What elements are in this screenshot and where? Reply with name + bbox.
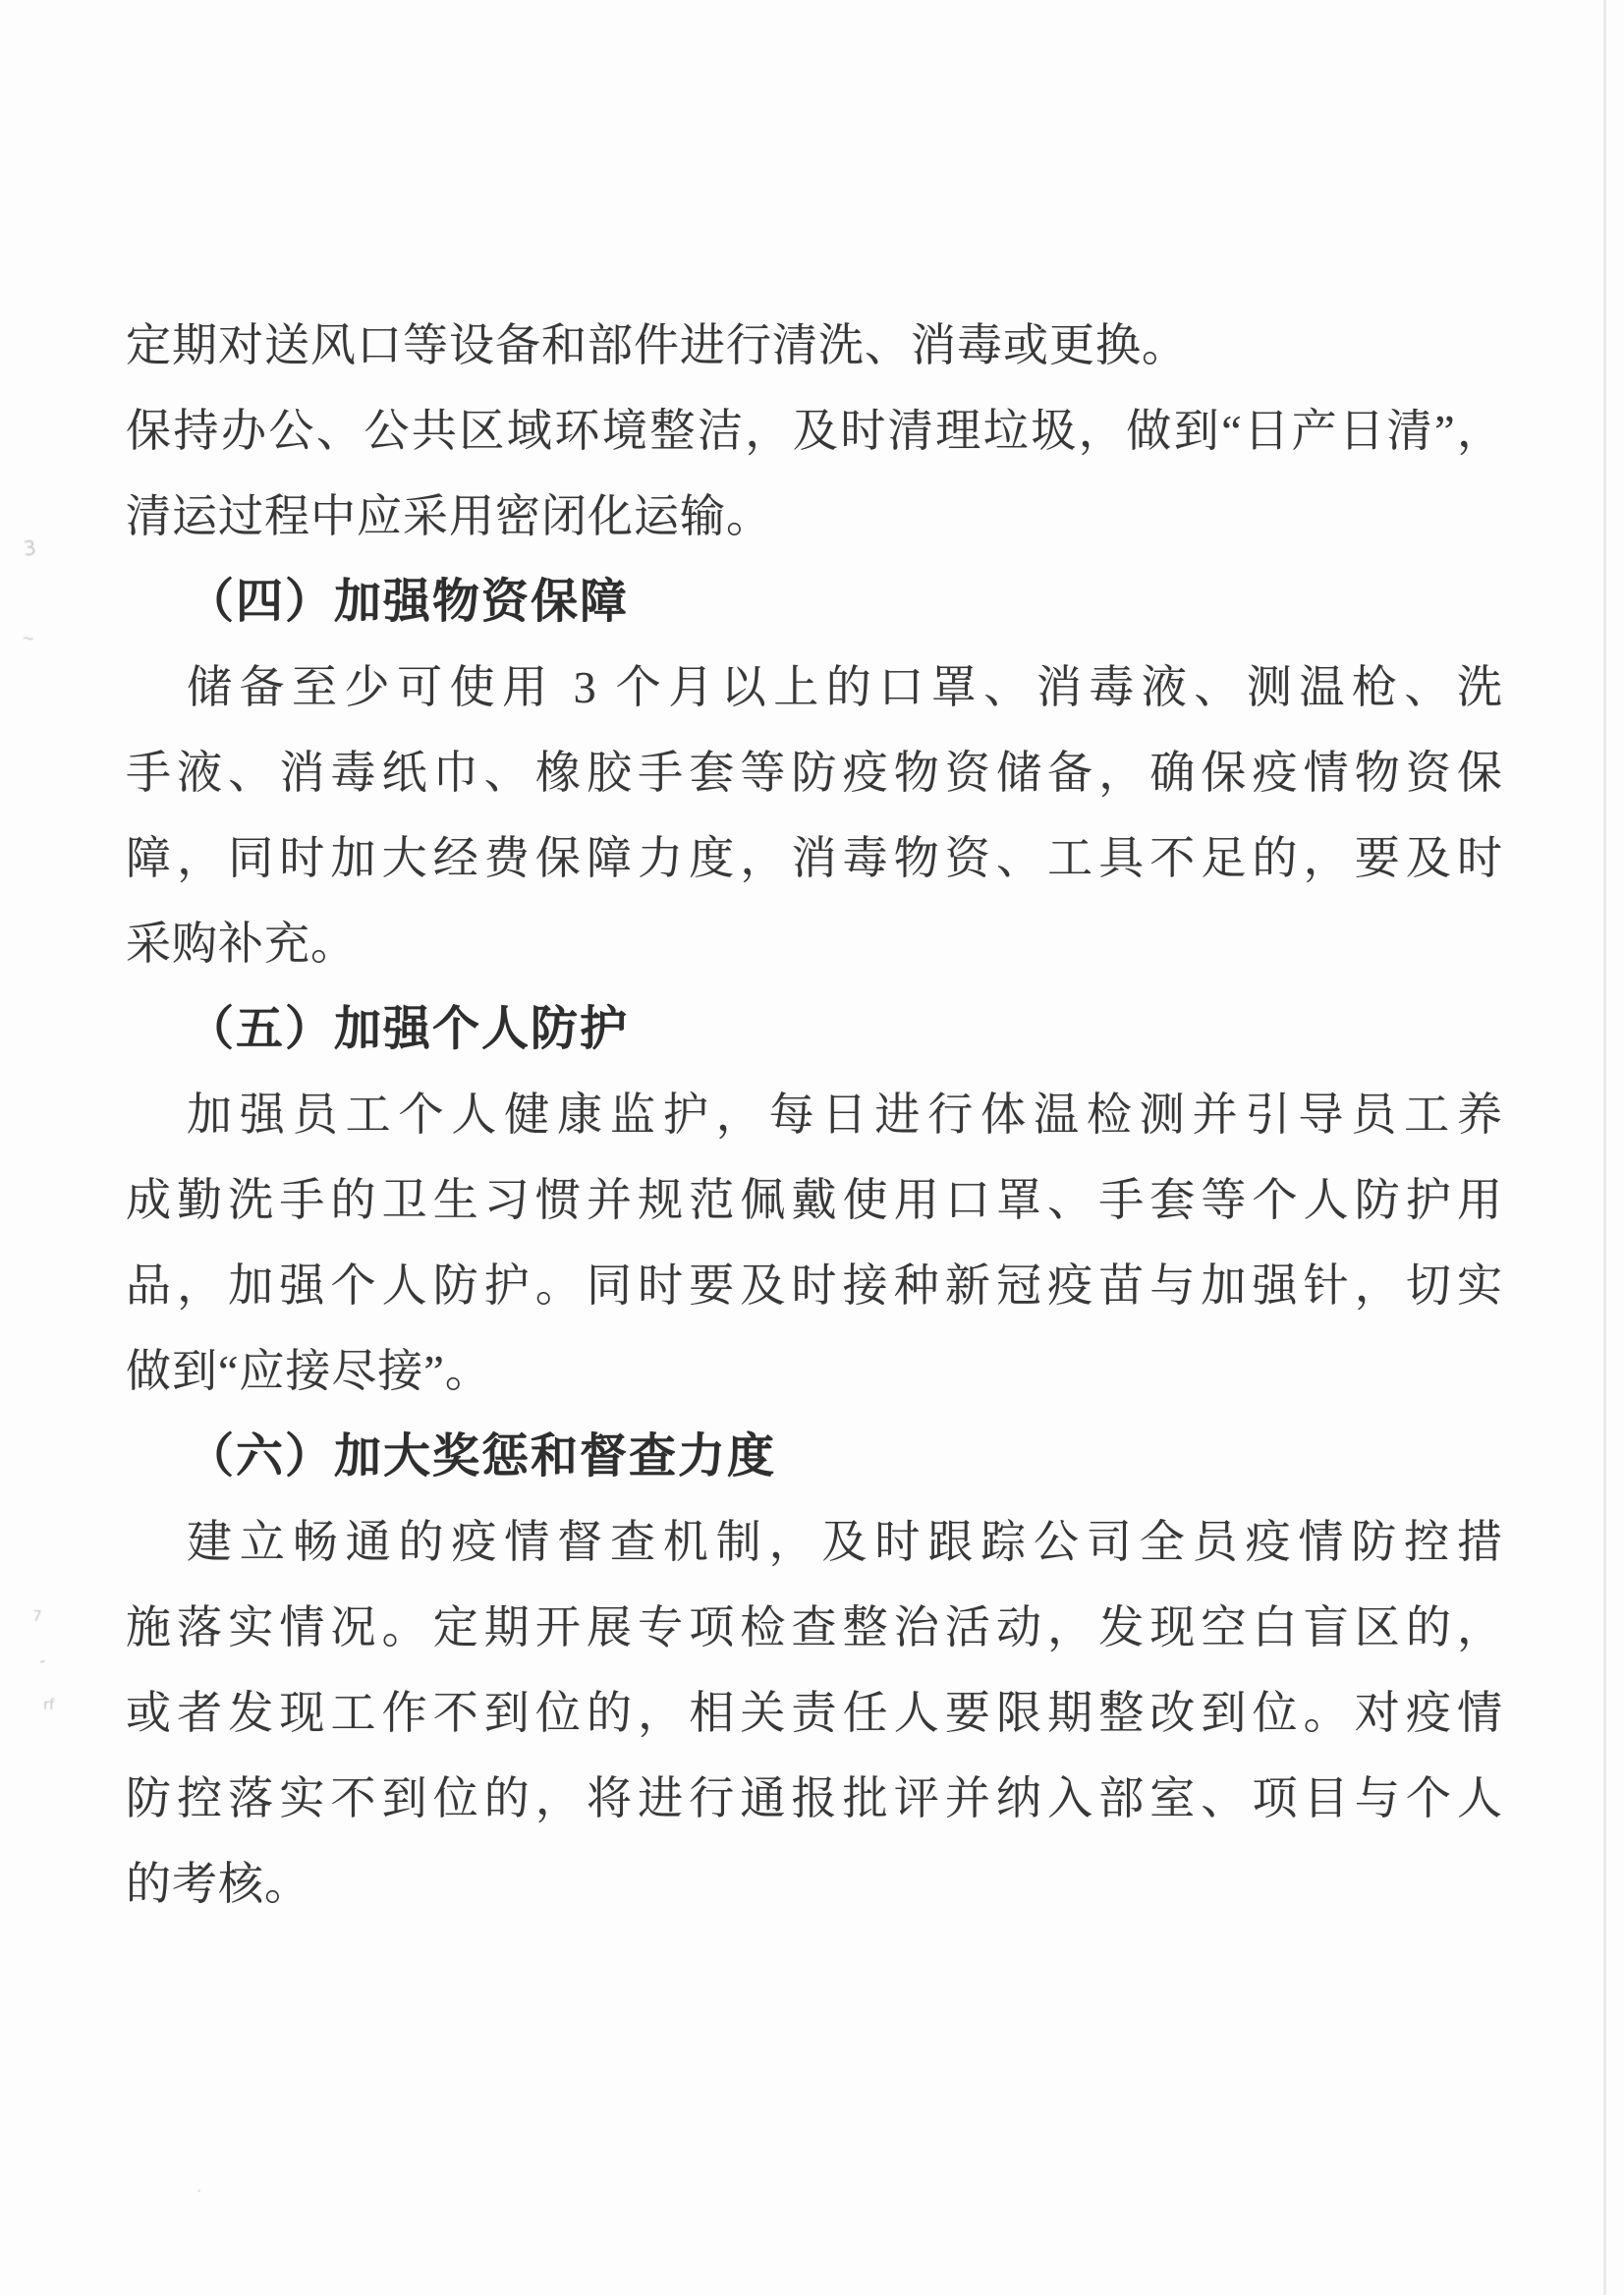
scanned-document-page: 定期对送风口等设备和部件进行清洗、消毒或更换。保持办公、公共区域环境整洁，及时清… [0, 0, 1624, 2295]
text-line: 或者发现工作不到位的，相关责任人要限期整改到位。对疫情 [126, 1670, 1503, 1756]
text-line: 施落实情况。定期开展专项检查整治活动，发现空白盲区的， [126, 1585, 1503, 1670]
text-line: 储备至少可使用 3 个月以上的口罩、消毒液、测温枪、洗 [126, 644, 1503, 730]
paragraph: 建立畅通的疫情督查机制，及时跟踪公司全员疫情防控措施落实情况。定期开展专项检查整… [126, 1499, 1503, 1927]
paragraph: 保持办公、公共区域环境整洁，及时清理垃圾，做到“日产日清”，清运过程中应采用密闭… [126, 388, 1503, 559]
smudge-mark: 3 [23, 537, 37, 559]
text-line: 手液、消毒纸巾、橡胶手套等防疫物资储备，确保疫情物资保 [126, 730, 1503, 815]
text-line: 品，加强个人防护。同时要及时接种新冠疫苗与加强针，切实 [126, 1243, 1503, 1328]
smudge-mark: rf [43, 1698, 54, 1712]
text-line: 成勤洗手的卫生习惯并规范佩戴使用口罩、手套等个人防护用 [126, 1157, 1503, 1243]
text-line: 采购补充。 [126, 901, 1503, 986]
section-heading: （六）加大奖惩和督查力度 [126, 1414, 1503, 1499]
paragraph: 储备至少可使用 3 个月以上的口罩、消毒液、测温枪、洗手液、消毒纸巾、橡胶手套等… [126, 644, 1503, 986]
text-line: 做到“应接尽接”。 [126, 1328, 1503, 1414]
text-line: 定期对送风口等设备和部件进行清洗、消毒或更换。 [126, 303, 1503, 388]
text-line: （四）加强物资保障 [126, 559, 1503, 644]
text-line: 保持办公、公共区域环境整洁，及时清理垃圾，做到“日产日清”， [126, 388, 1503, 474]
smudge-mark: 7 [31, 1609, 42, 1625]
scan-edge-artifact [1603, 0, 1606, 2295]
text-line: 障，同时加大经费保障力度，消毒物资、工具不足的，要及时 [126, 815, 1503, 901]
paragraph: 定期对送风口等设备和部件进行清洗、消毒或更换。 [126, 303, 1503, 388]
text-line: 清运过程中应采用密闭化运输。 [126, 474, 1503, 559]
section-heading: （四）加强物资保障 [126, 559, 1503, 644]
paragraph: 加强员工个人健康监护，每日进行体温检测并引导员工养成勤洗手的卫生习惯并规范佩戴使… [126, 1072, 1503, 1414]
text-line: （六）加大奖惩和督查力度 [126, 1414, 1503, 1499]
text-line: 建立畅通的疫情督查机制，及时跟踪公司全员疫情防控措 [126, 1499, 1503, 1585]
smudge-mark: - [36, 1651, 48, 1670]
text-line: 加强员工个人健康监护，每日进行体温检测并引导员工养 [126, 1072, 1503, 1157]
document-body: 定期对送风口等设备和部件进行清洗、消毒或更换。保持办公、公共区域环境整洁，及时清… [126, 303, 1503, 1927]
section-heading: （五）加强个人防护 [126, 986, 1503, 1072]
text-line: 防控落实不到位的，将进行通报批评并纳入部室、项目与个人 [126, 1756, 1503, 1841]
text-line: 的考核。 [126, 1841, 1503, 1927]
smudge-mark: ~ [21, 630, 35, 646]
text-line: （五）加强个人防护 [126, 986, 1503, 1072]
smudge-mark: . [196, 2179, 201, 2195]
